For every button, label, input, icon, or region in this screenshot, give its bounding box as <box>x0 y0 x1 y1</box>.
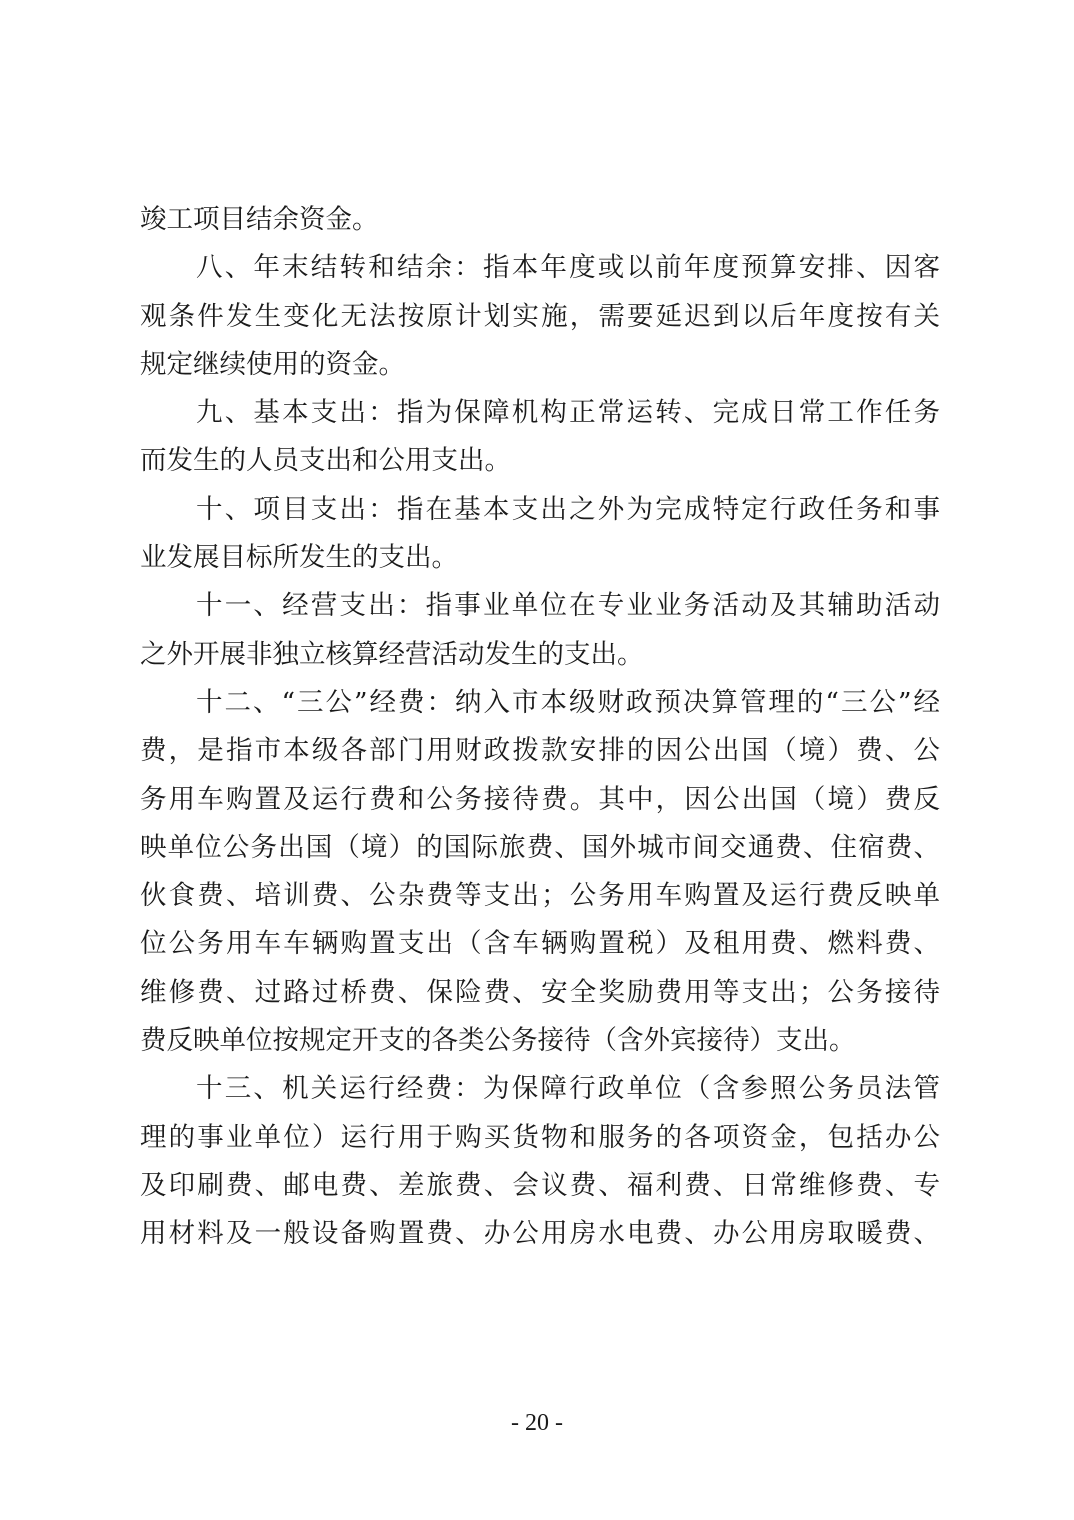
paragraph-12-line: 十二、“三公”经费：纳入市本级财政预决算管理的“三公”经 <box>140 679 940 727</box>
paragraph-13-line: 及印刷费、邮电费、差旅费、会议费、福利费、日常维修费、专 <box>140 1162 940 1210</box>
paragraph-10-line: 业发展目标所发生的支出。 <box>140 534 940 582</box>
document-page: 竣工项目结余资金。 八、年末结转和结余：指本年度或以前年度预算安排、因客 观条件… <box>0 0 1074 1520</box>
paragraph-8-line: 规定继续使用的资金。 <box>140 341 940 389</box>
paragraph-13-line: 理的事业单位）运行用于购买货物和服务的各项资金，包括办公 <box>140 1114 940 1162</box>
paragraph-8-line: 观条件发生变化无法按原计划实施，需要延迟到以后年度按有关 <box>140 293 940 341</box>
paragraph-8-line: 八、年末结转和结余：指本年度或以前年度预算安排、因客 <box>140 244 940 292</box>
paragraph-12-line: 维修费、过路过桥费、保险费、安全奖励费用等支出；公务接待 <box>140 969 940 1017</box>
paragraph-12-line: 伙食费、培训费、公杂费等支出；公务用车购置及运行费反映单 <box>140 872 940 920</box>
paragraph-12-line: 费反映单位按规定开支的各类公务接待（含外宾接待）支出。 <box>140 1017 940 1065</box>
paragraph-13-line: 用材料及一般设备购置费、办公用房水电费、办公用房取暖费、 <box>140 1210 940 1258</box>
paragraph-12-line: 务用车购置及运行费和公务接待费。其中，因公出国（境）费反 <box>140 776 940 824</box>
paragraph-9-line: 而发生的人员支出和公用支出。 <box>140 437 940 485</box>
paragraph-9-line: 九、基本支出：指为保障机构正常运转、完成日常工作任务 <box>140 389 940 437</box>
paragraph-11-line: 十一、经营支出：指事业单位在专业业务活动及其辅助活动 <box>140 582 940 630</box>
page-number: - 20 - <box>0 1410 1074 1437</box>
text-line: 竣工项目结余资金。 <box>140 196 940 244</box>
paragraph-10-line: 十、项目支出：指在基本支出之外为完成特定行政任务和事 <box>140 486 940 534</box>
body-text: 竣工项目结余资金。 八、年末结转和结余：指本年度或以前年度预算安排、因客 观条件… <box>140 196 940 1259</box>
paragraph-12-line: 位公务用车车辆购置支出（含车辆购置税）及租用费、燃料费、 <box>140 920 940 968</box>
paragraph-12-line: 费，是指市本级各部门用财政拨款安排的因公出国（境）费、公 <box>140 727 940 775</box>
paragraph-11-line: 之外开展非独立核算经营活动发生的支出。 <box>140 631 940 679</box>
paragraph-13-line: 十三、机关运行经费：为保障行政单位（含参照公务员法管 <box>140 1065 940 1113</box>
paragraph-12-line: 映单位公务出国（境）的国际旅费、国外城市间交通费、住宿费、 <box>140 824 940 872</box>
